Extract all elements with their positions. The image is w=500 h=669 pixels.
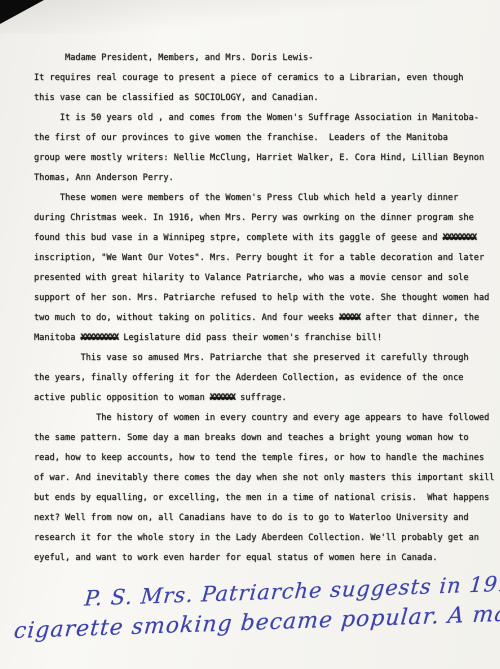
handwritten-postscript: P. S. Mrs. Patriarche suggests in 1917 c… [9,568,500,648]
typed-line: eyeful, and want to work even harder for… [34,548,494,568]
typed-line: of war. And inevitably there comes the d… [34,468,494,488]
typed-line: two much to do, without taking on politi… [34,308,494,328]
typed-text: two much to do, without taking on politi… [34,313,339,323]
typed-text: inscription, "We Want Our Votes". Mrs. P… [34,253,484,263]
typed-text: Legislature did pass their women's franc… [118,333,382,343]
typed-text-block: Madame President, Members, and Mrs. Dori… [34,48,494,568]
typed-line: active public opposition to woman XXXXXX… [34,388,494,408]
scanner-corner-artifact [0,0,44,24]
document-page: Madame President, Members, and Mrs. Dori… [0,0,500,669]
typed-text: This vase so amused Mrs. Patriarche that… [34,353,469,363]
typed-text: read, how to keep accounts, how to tend … [34,453,484,463]
typed-line: The history of women in every country an… [34,408,494,428]
typed-text: active public opposition to woman [34,393,210,403]
typed-line: the same pattern. Some day a man breaks … [34,428,494,448]
typed-text: Manitoba [34,333,81,343]
typed-text: Madame President, Members, and Mrs. Dori… [34,53,313,63]
typed-text: These women were members of the Women's … [34,193,458,203]
typed-text: support of her son. Mrs. Patriarche refu… [34,293,489,303]
typed-line: This vase so amused Mrs. Patriarche that… [34,348,494,368]
typed-line: research it for the whole story in the L… [34,528,494,548]
typed-line: during Christmas week. In 1916, when Mrs… [34,208,494,228]
struck-out-word: XXXXXXXX [443,233,476,243]
typed-text: during Christmas week. In 1916, when Mrs… [34,213,474,223]
typed-text: It is 50 years old , and comes from the … [34,113,479,123]
typed-line: support of her son. Mrs. Patriarche refu… [34,288,494,308]
typed-text: group were mostly writers: Nellie McClun… [34,153,484,163]
struck-out-word: XXXXX [339,313,360,323]
typed-line: Manitoba XXXXXXXXX Legislature did pass … [34,328,494,348]
typed-line: Thomas, Ann Anderson Perry. [34,168,494,188]
typed-line: It is 50 years old , and comes from the … [34,108,494,128]
struck-out-word: XXXXXXXXX [81,333,119,343]
typed-line: presented with great hilarity to Valance… [34,268,494,288]
typed-text: after that dinner, the [360,313,479,323]
typed-text: research it for the whole story in the L… [34,533,479,543]
typed-line: inscription, "We Want Our Votes". Mrs. P… [34,248,494,268]
typed-text: The history of women in every country an… [34,413,489,423]
typed-line: but ends by equalling, or excelling, the… [34,488,494,508]
typed-text: this vase can be classified as SOCIOLOGY… [34,93,319,103]
typed-text: the same pattern. Some day a man breaks … [34,433,469,443]
typed-line: the first of our provinces to give women… [34,128,494,148]
typed-line: read, how to keep accounts, how to tend … [34,448,494,468]
typed-line: next? Well from now on, all Canadians ha… [34,508,494,528]
typed-text: found this bud vase in a Winnipeg stpre,… [34,233,443,243]
typed-text: It requires real courage to present a pi… [34,73,463,83]
typed-line: this vase can be classified as SOCIOLOGY… [34,88,494,108]
typed-text: eyeful, and want to work even harder for… [34,553,438,563]
typed-line: group were mostly writers: Nellie McClun… [34,148,494,168]
typed-line: Madame President, Members, and Mrs. Dori… [34,48,494,68]
typed-line: It requires real courage to present a pi… [34,68,494,88]
typed-text: the first of our provinces to give women… [34,133,448,143]
typed-text: the years, finally offering it for the A… [34,373,463,383]
typed-line: These women were members of the Women's … [34,188,494,208]
struck-out-word: XXXXXX [210,393,235,403]
typed-text: but ends by equalling, or excelling, the… [34,493,489,503]
typed-text: suffrage. [235,393,287,403]
typed-text: Thomas, Ann Anderson Perry. [34,173,174,183]
typed-text: next? Well from now on, all Canadians ha… [34,513,469,523]
typed-line: the years, finally offering it for the A… [34,368,494,388]
typed-line: found this bud vase in a Winnipeg stpre,… [34,228,494,248]
typed-text: of war. And inevitably there comes the d… [34,473,494,483]
typed-text: presented with great hilarity to Valance… [34,273,469,283]
